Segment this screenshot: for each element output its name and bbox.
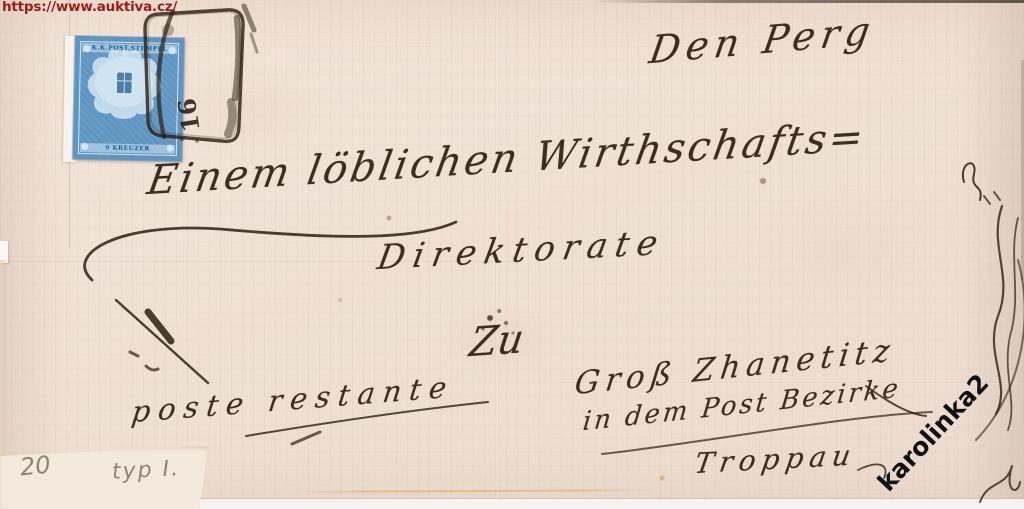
auction-url-watermark: https://www.auktiva.cz/ xyxy=(2,0,177,15)
pencil-note-number: 20 xyxy=(19,450,52,481)
postmark-digits: 16 xyxy=(172,96,206,134)
slash-marks xyxy=(100,290,230,400)
flourish-under-address xyxy=(60,200,480,300)
boxed-postmark: 16 xyxy=(118,0,263,160)
letter-scan: K.K.POST.STEMPEL 9 KREUZER 16 https://ww… xyxy=(0,0,1024,509)
flourishes-and-cutoff-handwriting-right xyxy=(560,140,1024,509)
paper-edge-top xyxy=(590,0,1024,3)
underline-poste-restante xyxy=(230,388,500,448)
pencil-note-type: typ I. xyxy=(111,456,180,485)
handwriting-zu: Zu xyxy=(467,316,527,366)
handwriting-docket-top-right: Den Perg xyxy=(646,8,879,73)
